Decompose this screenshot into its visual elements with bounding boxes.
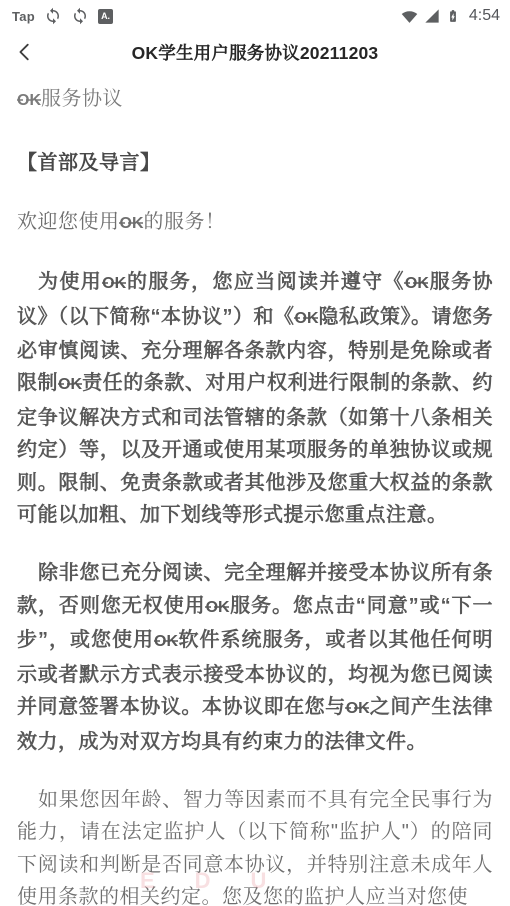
paragraph: 如果您因年龄、智力等因素而不具有完全民事行为能力，请在法定监护人（以下简称"监护…: [17, 784, 493, 906]
chevron-left-icon: [14, 41, 36, 63]
ok-logo: OK: [405, 275, 429, 292]
paragraph: 为使用OK的服务，您应当阅读并遵守《OK服务协议》（以下简称“本协议”）和《OK…: [17, 266, 493, 531]
carrier-label: Tap: [12, 9, 35, 24]
paragraph: OK服务协议: [17, 83, 493, 117]
ok-logo: OK: [346, 700, 370, 717]
ok-logo: OK: [58, 376, 82, 393]
autofill-icon: A.: [98, 9, 113, 24]
ok-logo: OK: [102, 275, 126, 292]
wifi-icon: [401, 8, 418, 25]
ok-logo: OK: [206, 599, 230, 616]
status-bar-left: Tap A.: [12, 7, 113, 25]
paragraph: 欢迎您使用OK的服务！: [17, 206, 493, 240]
agreement-body: OK服务协议【首部及导言】欢迎您使用OK的服务！为使用OK的服务，您应当阅读并遵…: [0, 76, 510, 906]
sync-icon: [44, 7, 62, 25]
ok-logo: OK: [154, 633, 178, 650]
ok-logo: OK: [17, 92, 41, 109]
nav-bar: OK学生用户服务协议20211203: [0, 28, 510, 76]
status-bar: Tap A. 4:54: [0, 0, 510, 28]
ok-logo: OK: [295, 310, 319, 327]
signal-icon: [424, 8, 440, 24]
battery-charging-icon: [446, 7, 460, 25]
app-screen: Tap A. 4:54: [0, 0, 510, 906]
sync-icon: [71, 7, 89, 25]
ok-logo: OK: [120, 215, 144, 232]
paragraph: 除非您已充分阅读、完全理解并接受本协议所有条款，否则您无权使用OK服务。您点击“…: [17, 557, 493, 757]
back-button[interactable]: [12, 39, 38, 65]
paragraph: 【首部及导言】: [17, 147, 493, 179]
status-bar-right: 4:54: [401, 7, 500, 25]
status-time: 4:54: [469, 7, 500, 25]
page-title: OK学生用户服务协议20211203: [132, 40, 379, 65]
